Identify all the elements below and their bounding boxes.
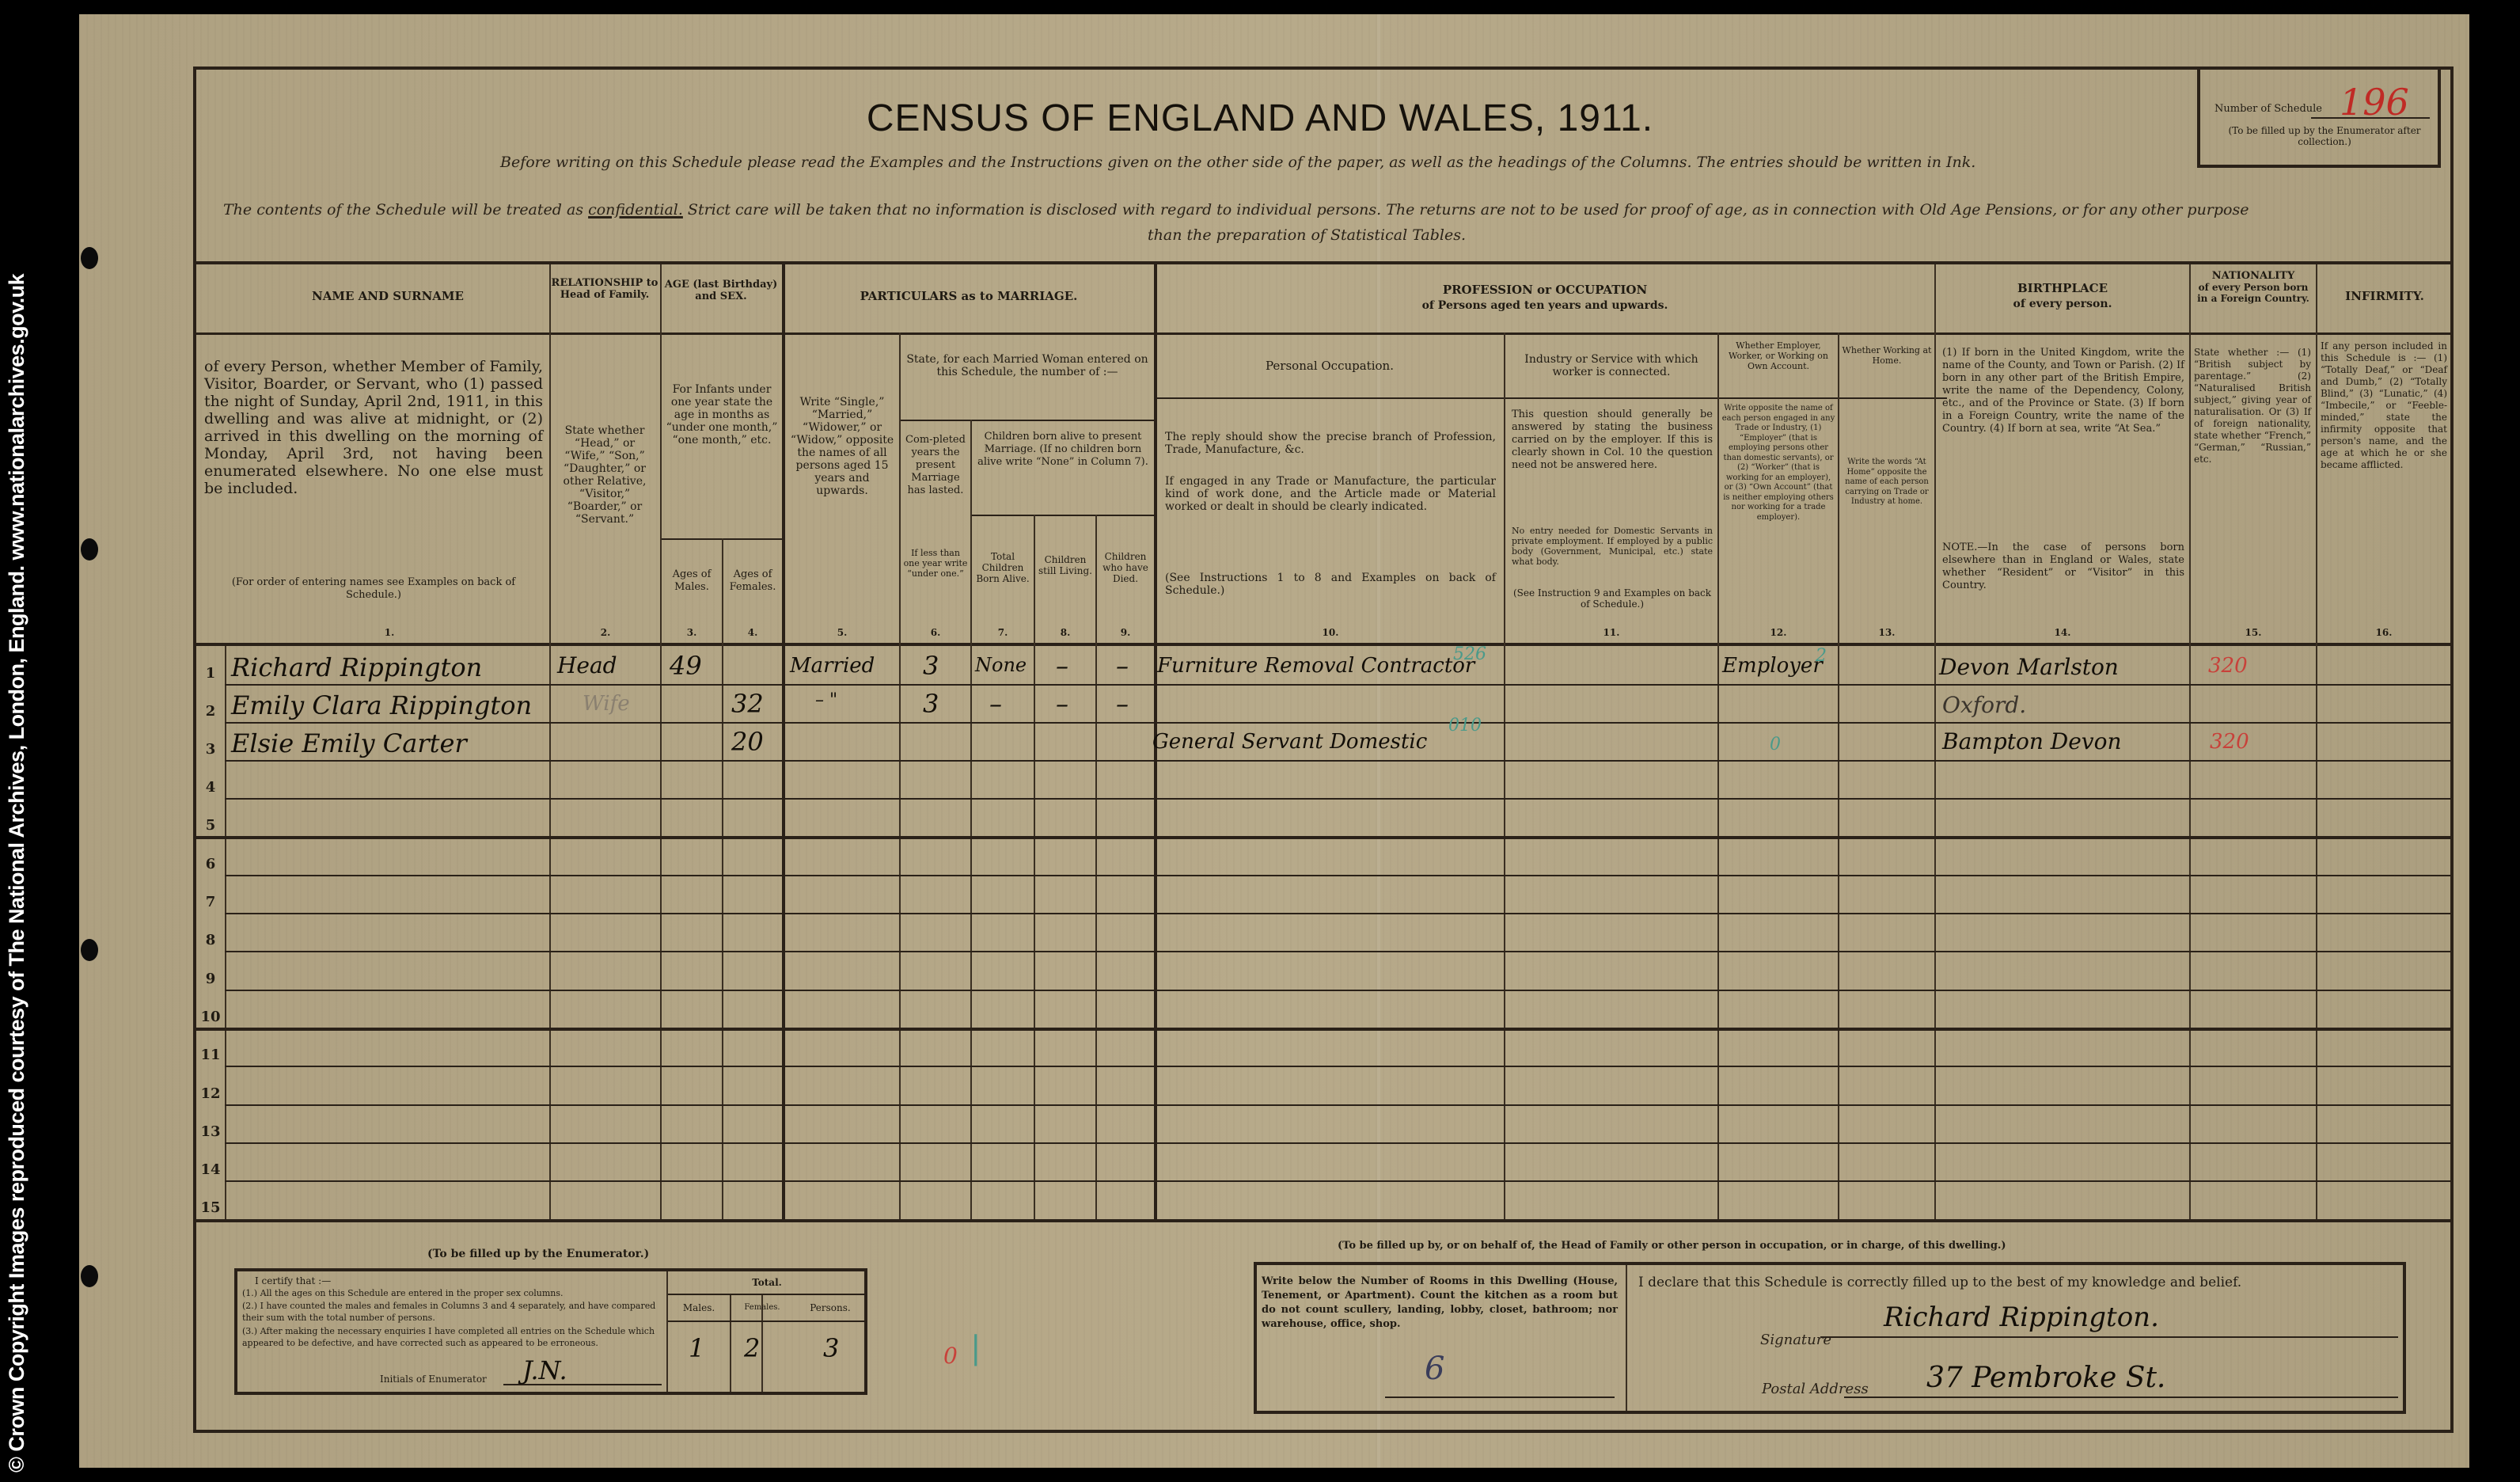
col-line <box>2189 264 2191 1219</box>
col-num: 12. <box>1719 627 1838 638</box>
rooms-count[interactable]: 6 <box>1425 1351 1444 1387</box>
at-home-desc: Write the words “At Home” opposite the n… <box>1841 458 1933 507</box>
personal-occupation-note: (See Instructions 1 to 8 and Examples on… <box>1165 572 1496 597</box>
address-line <box>1844 1396 2398 1398</box>
name-order-note: (For order of entering names see Example… <box>203 576 545 602</box>
col-line <box>1934 264 1936 1219</box>
person-relationship[interactable]: Wife <box>583 692 630 716</box>
total-persons[interactable]: 3 <box>823 1333 839 1363</box>
postal-address-label: Postal Address <box>1762 1381 1869 1397</box>
industry-note: (See Instruction 9 and Examples on back … <box>1512 587 1713 610</box>
person-age-female[interactable]: 32 <box>731 689 764 719</box>
col-line <box>1838 332 1839 1219</box>
row-number: 6 <box>198 856 223 872</box>
col-num: 8. <box>1035 627 1095 638</box>
header-divider <box>193 332 2454 335</box>
schedule-number-note: (To be filled up by the Enumerator after… <box>2210 125 2439 147</box>
person-marital[interactable]: Married <box>790 654 875 678</box>
col-line <box>782 264 785 1219</box>
rooms-instructions: Write below the Number of Rooms in this … <box>1262 1275 1618 1332</box>
col-line <box>1626 1265 1627 1411</box>
declaration-text: I declare that this Schedule is correctl… <box>1638 1276 2398 1289</box>
total-children-label: Total Children Born Alive. <box>973 551 1032 584</box>
col-num: 16. <box>2317 627 2450 638</box>
row-number: 10 <box>198 1009 223 1025</box>
total-rule <box>668 1320 866 1322</box>
row-number: 7 <box>198 894 223 910</box>
employer-desc: Write opposite the name of each person e… <box>1721 404 1836 522</box>
table-bottom-rule <box>193 1219 2454 1222</box>
confidential-word: confidential. <box>588 201 683 218</box>
completed-years-note: If less than one year write “under one.” <box>902 548 969 579</box>
person-died[interactable]: – <box>1116 651 1129 681</box>
personal-occupation-desc: The reply should show the precise branch… <box>1165 431 1496 456</box>
total-label: Total. <box>668 1276 866 1289</box>
industry-desc-2: No entry needed for Domestic Servants in… <box>1512 526 1713 567</box>
schedule-number-box: Number of Schedule 196 (To be filled up … <box>2197 70 2441 168</box>
copyright-credit: © Crown Copyright Images reproduced cour… <box>5 206 29 1472</box>
rooms-line <box>1385 1396 1615 1398</box>
punch-hole-icon <box>81 939 98 961</box>
row-line <box>225 1104 2454 1106</box>
row-number: 14 <box>198 1161 223 1178</box>
col-num: 1. <box>230 627 549 638</box>
age-instructions: For Infants under one year state the age… <box>663 383 780 446</box>
row-line <box>225 913 2454 914</box>
col-num: 15. <box>2191 627 2316 638</box>
col-num: 3. <box>662 627 722 638</box>
col-header-profession-sub: of Persons aged ten years and upwards. <box>1157 299 1933 312</box>
infirmity-instructions: If any person included in this Schedule … <box>2321 340 2447 471</box>
col-header-nationality: NATIONALITY <box>2192 269 2314 283</box>
row-number: 15 <box>198 1199 223 1216</box>
col-num: 4. <box>723 627 782 638</box>
col-line <box>1034 515 1035 1219</box>
industry-desc: This question should generally be answer… <box>1512 408 1713 472</box>
householder-heading: (To be filled up by, or on behalf of, th… <box>1338 1240 2006 1252</box>
col-header-marriage: PARTICULARS as to MARRIAGE. <box>785 290 1152 303</box>
marital-instructions: Write “Single,” “Married,” “Widower,” or… <box>788 396 896 497</box>
punch-hole-icon <box>81 247 98 269</box>
personal-occupation-desc-2: If engaged in any Trade or Manufacture, … <box>1165 475 1496 513</box>
row-line <box>225 798 2454 800</box>
total-rule <box>668 1294 866 1295</box>
birthplace-note: NOTE.—In the case of persons born elsewh… <box>1942 541 2184 592</box>
nationality-code: 320 <box>2210 730 2249 754</box>
row-number: 8 <box>198 932 223 948</box>
signature-label: Signature <box>1760 1332 1831 1348</box>
ages-of-males-label: Ages of Males. <box>663 568 720 594</box>
page-title: CENSUS OF ENGLAND AND WALES, 1911. <box>0 97 2520 140</box>
col-line <box>899 332 901 1219</box>
row-line <box>225 760 2454 762</box>
person-still-living[interactable]: – <box>1056 689 1068 719</box>
col-num: 11. <box>1505 627 1717 638</box>
col-line <box>722 538 723 1219</box>
col-num: 10. <box>1157 627 1504 638</box>
persons-label: Persons. <box>795 1301 866 1314</box>
col-num: 2. <box>551 627 660 638</box>
person-occupation[interactable]: General Servant Domestic <box>1152 730 1427 754</box>
col-line <box>1717 332 1719 1219</box>
name-instructions: of every Person, whether Member of Famil… <box>204 358 543 497</box>
person-total-born[interactable]: None <box>975 654 1027 676</box>
row-line <box>225 951 2454 952</box>
postal-address[interactable]: 37 Pembroke St. <box>1926 1362 2165 1394</box>
children-rule <box>970 515 1156 516</box>
person-years-married[interactable]: 3 <box>923 689 939 719</box>
person-relationship[interactable]: Head <box>557 652 617 678</box>
person-name[interactable]: Elsie Emily Carter <box>231 728 467 758</box>
schedule-number-label: Number of Schedule <box>2214 103 2322 115</box>
col-header-age: AGE (last Birthday) and SEX. <box>662 279 780 302</box>
person-age-male[interactable]: 49 <box>670 651 702 681</box>
certify-label: I certify that :— <box>255 1275 651 1287</box>
row-number: 3 <box>198 741 223 758</box>
col-line <box>225 646 226 1219</box>
row-line <box>225 1180 2454 1182</box>
occupation-code: 526 <box>1453 644 1486 664</box>
occupation-code: 010 <box>1448 716 1482 735</box>
enumerator-red-mark: 0 <box>943 1343 958 1369</box>
enumerator-green-mark: | <box>970 1330 981 1366</box>
col-header-birthplace-sub: of every person. <box>1937 298 2188 310</box>
col-line <box>666 1271 668 1392</box>
row-line-thick <box>193 1028 2454 1031</box>
row-number: 13 <box>198 1123 223 1140</box>
row-number: 11 <box>198 1047 223 1063</box>
person-marital[interactable]: – " <box>815 690 837 710</box>
employer-code: 0 <box>1770 735 1781 754</box>
certify-item: (2.) I have counted the males and female… <box>242 1300 662 1324</box>
employer-label: Whether Employer, Worker, or Working on … <box>1721 340 1836 371</box>
col-num: 14. <box>1936 627 2189 638</box>
at-home-label: Whether Working at Home. <box>1841 345 1933 366</box>
col-header-name: NAME AND SURNAME <box>230 290 546 303</box>
certify-item: (3.) After making the necessary enquirie… <box>242 1325 662 1349</box>
employer-code: 2 <box>1816 646 1827 666</box>
personal-occupation-label: Personal Occupation. <box>1157 359 1502 372</box>
married-woman-instructions: State, for each Married Woman entered on… <box>904 353 1151 378</box>
total-females[interactable]: 2 <box>744 1333 760 1363</box>
row-line <box>225 684 2454 686</box>
col-num: 5. <box>785 627 899 638</box>
col-header-profession: PROFESSION or OCCUPATION <box>1157 283 1933 297</box>
instruction-line-3: than the preparation of Statistical Tabl… <box>1148 226 1466 244</box>
row-number: 2 <box>198 703 223 720</box>
instruction-line-1: Before writing on this Schedule please r… <box>500 154 1975 171</box>
col-header-infirmity: INFIRMITY. <box>2319 290 2450 303</box>
signature-line <box>1820 1336 2398 1338</box>
row-number: 9 <box>198 971 223 987</box>
col-line <box>2316 264 2317 1219</box>
row-number: 12 <box>198 1085 223 1102</box>
col-line <box>970 420 972 1219</box>
person-name[interactable]: Emily Clara Rippington <box>231 690 532 720</box>
total-males[interactable]: 1 <box>689 1333 704 1363</box>
person-birthplace[interactable]: Oxford. <box>1942 692 2026 718</box>
col-num: 7. <box>972 627 1034 638</box>
person-still-living[interactable]: – <box>1056 651 1068 681</box>
relationship-instructions: State whether “Head,” or “Wife,” “Son,” … <box>554 424 655 526</box>
completed-years-label: Com-pleted years the present Marriage ha… <box>902 434 969 497</box>
row-number: 5 <box>198 817 223 834</box>
enumerator-heading: (To be filled up by the Enumerator.) <box>427 1248 649 1260</box>
col-header-birthplace: BIRTHPLACE <box>1937 282 2188 295</box>
col-line <box>549 264 551 1219</box>
children-died-label: Children who have Died. <box>1099 551 1152 584</box>
schedule-number-value[interactable]: 196 <box>2340 81 2409 123</box>
children-living-label: Children still Living. <box>1037 554 1094 576</box>
col-num: 9. <box>1097 627 1154 638</box>
row-line <box>225 990 2454 991</box>
person-birthplace[interactable]: Bampton Devon <box>1942 728 2122 754</box>
occupation-sub-rule <box>1156 397 1947 399</box>
person-occupation[interactable]: Furniture Removal Contractor <box>1157 654 1474 678</box>
table-top-rule <box>193 261 2454 264</box>
row-line <box>225 722 2454 724</box>
column-number-rule <box>193 643 2454 646</box>
person-years-married[interactable]: 3 <box>923 651 939 681</box>
punch-hole-icon <box>81 1265 98 1287</box>
ages-of-females-label: Ages of Females. <box>725 568 780 594</box>
row-line-thick <box>193 836 2454 839</box>
females-label: Females. <box>731 1301 793 1314</box>
males-label: Males. <box>668 1301 730 1314</box>
nationality-instructions: State whether :— (1) “British subject by… <box>2194 347 2311 465</box>
row-line <box>225 875 2454 876</box>
col-num: 6. <box>901 627 970 638</box>
person-total-born[interactable]: – <box>989 689 1002 719</box>
certify-item: (1.) All the ages on this Schedule are e… <box>242 1287 662 1299</box>
person-died[interactable]: – <box>1116 689 1129 719</box>
col-line <box>660 264 662 1219</box>
col-num: 13. <box>1839 627 1934 638</box>
enumerator-initials[interactable]: J.N. <box>522 1355 567 1385</box>
person-name[interactable]: Richard Rippington <box>231 652 482 682</box>
punch-hole-icon <box>81 538 98 560</box>
col-header-relationship: RELATIONSHIP to Head of Family. <box>551 277 658 301</box>
row-line <box>225 1066 2454 1067</box>
row-number: 1 <box>198 665 223 682</box>
person-birthplace[interactable]: Devon Marlston <box>1939 654 2119 680</box>
instruction-line-2: The contents of the Schedule will be tre… <box>223 201 2249 218</box>
industry-label: Industry or Service with which worker is… <box>1507 353 1716 378</box>
children-born-label: Children born alive to present Marriage.… <box>973 431 1152 469</box>
col-line <box>1095 515 1097 1219</box>
married-woman-rule <box>899 420 1156 421</box>
nationality-code: 320 <box>2208 654 2248 678</box>
col-line <box>1504 332 1505 1219</box>
signature[interactable]: Richard Rippington. <box>1884 1301 2159 1333</box>
row-line <box>225 1142 2454 1144</box>
person-age-female[interactable]: 20 <box>731 727 764 757</box>
row-number: 4 <box>198 779 223 796</box>
col-header-nationality-sub: of every Person born in a Foreign Countr… <box>2192 282 2314 304</box>
person-employer-status[interactable]: Employer <box>1722 654 1823 678</box>
birthplace-instructions: (1) If born in the United Kingdom, write… <box>1942 347 2184 435</box>
